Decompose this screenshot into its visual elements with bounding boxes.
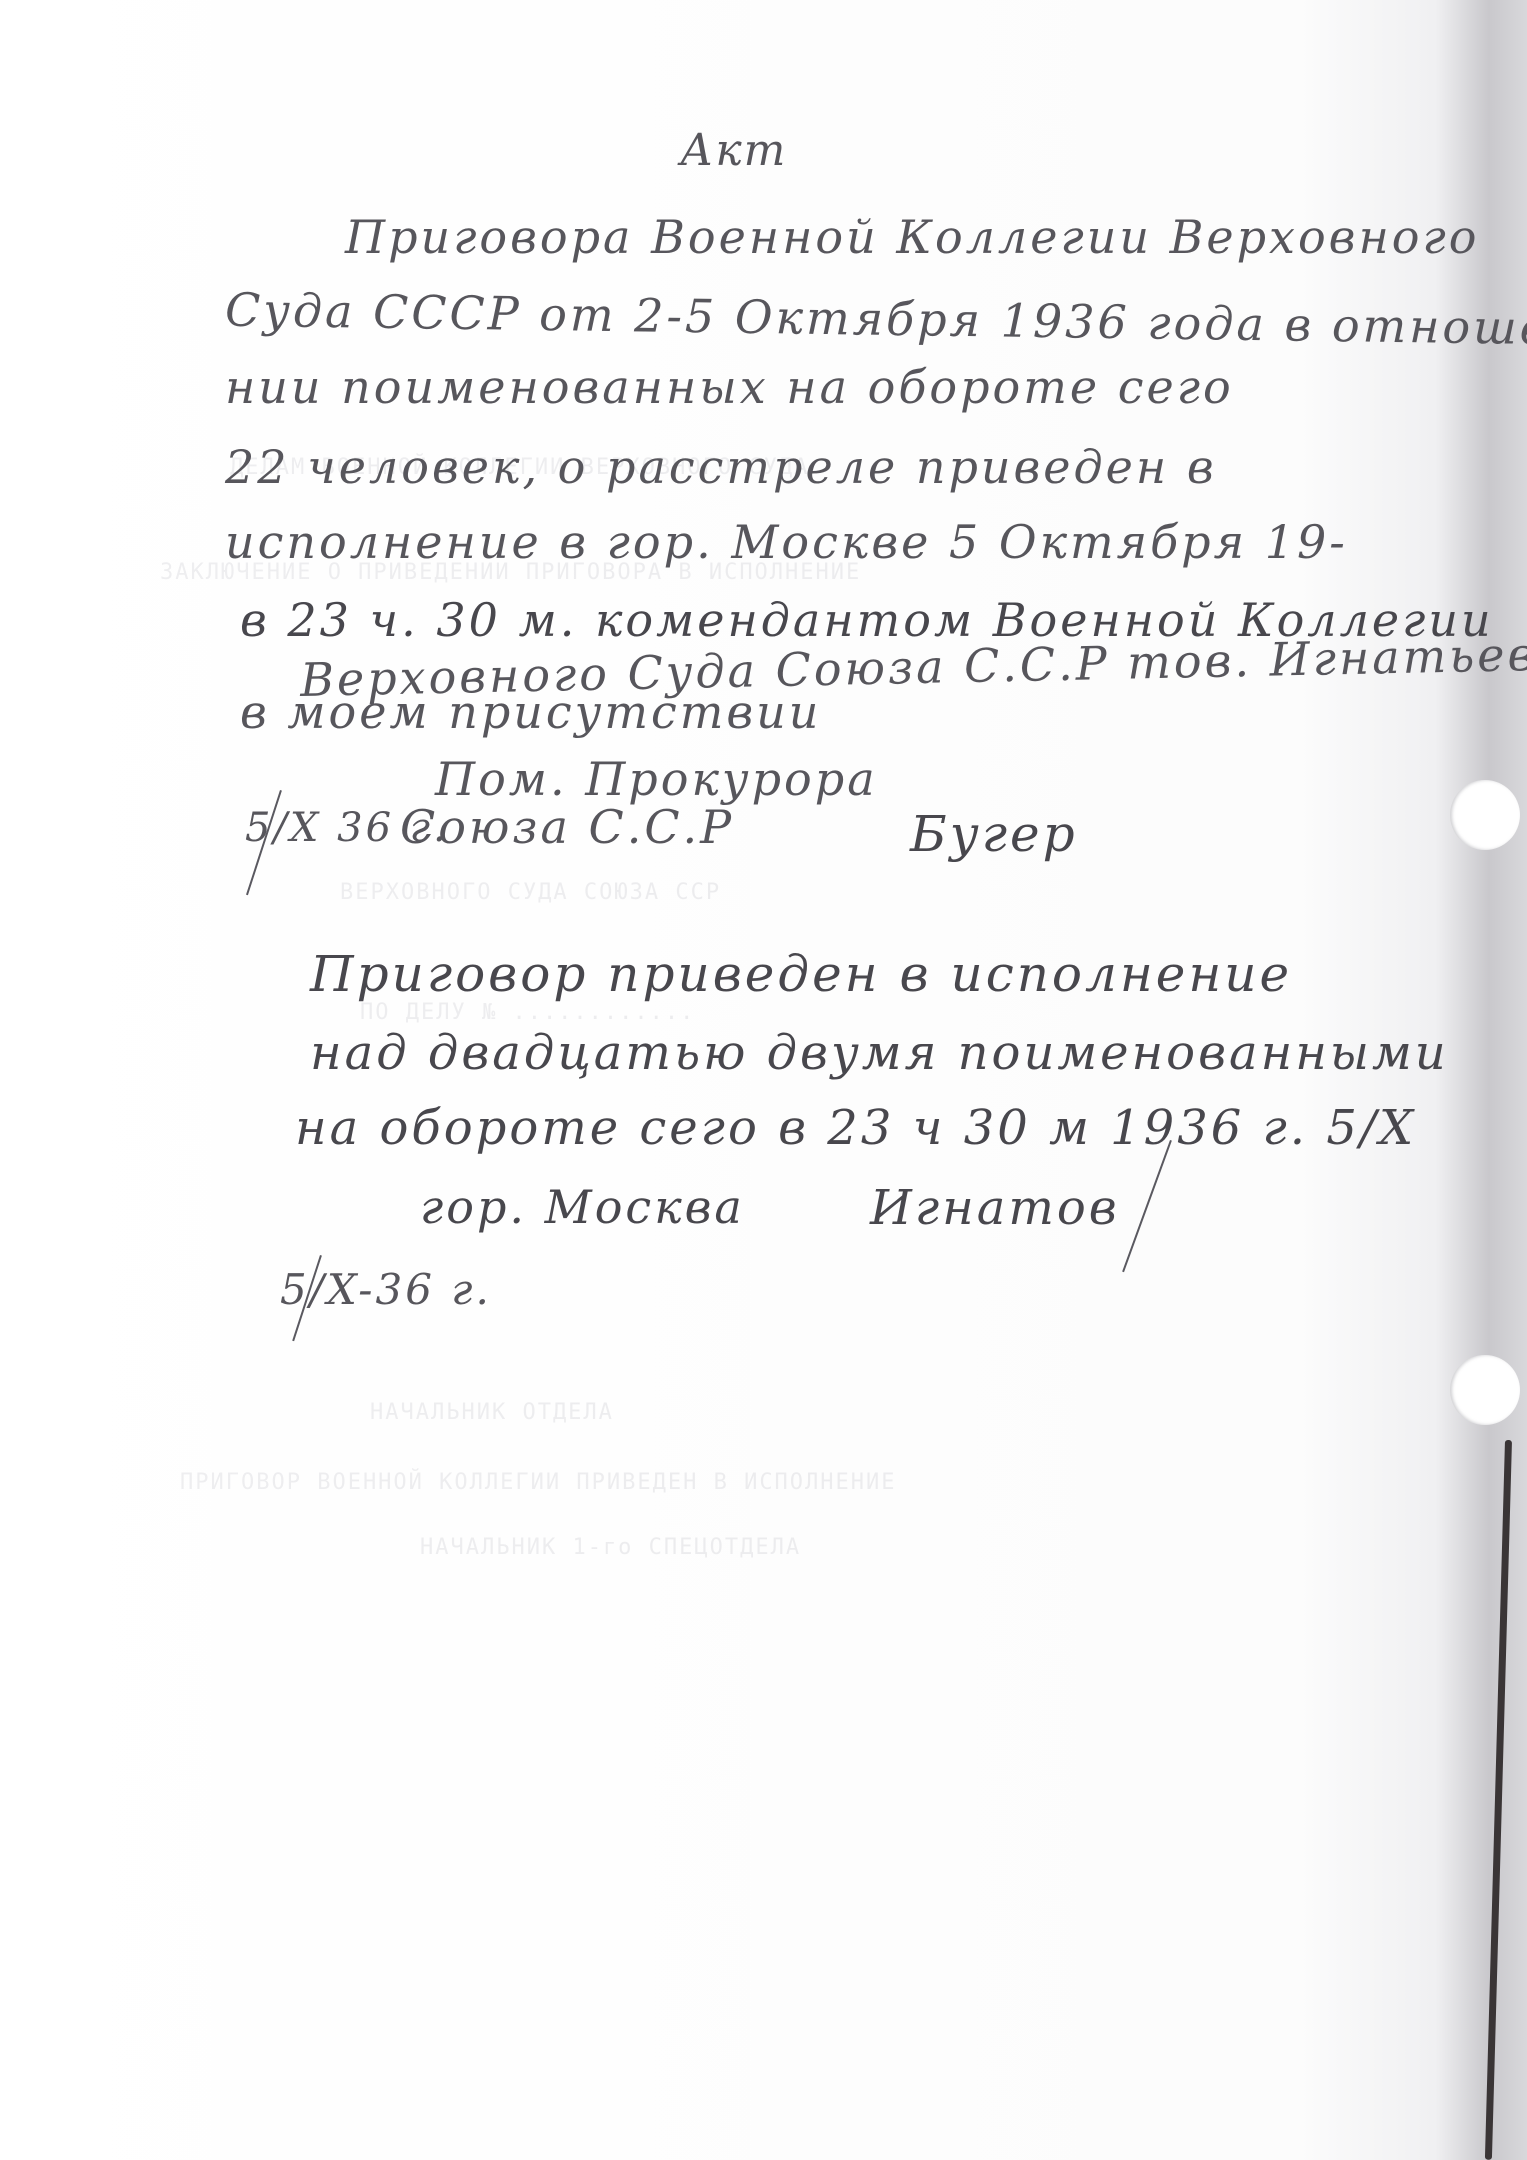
body-line: исполнение в гор. Москве 5 Октября 19- xyxy=(225,515,1348,569)
execution-line: Приговор приведен в исполнение xyxy=(310,945,1292,1003)
body-line: 22 человек, о расстреле приведен в xyxy=(225,440,1217,494)
punch-hole xyxy=(1450,1355,1520,1425)
executor-signature: Игнатов xyxy=(870,1180,1120,1236)
show-through-text: НАЧАЛЬНИК ОТДЕЛА xyxy=(370,1400,614,1425)
document-title: Акт xyxy=(680,125,787,176)
show-through-text: ПО ДЕЛУ № ............ xyxy=(360,1000,695,1025)
show-through-text: НАЧАЛЬНИК 1-го СПЕЦОТДЕЛА xyxy=(420,1535,801,1560)
body-line: Приговора Военной Коллегии Верховного xyxy=(345,210,1479,264)
show-through-text: ПРИГОВОР ВОЕННОЙ КОЛЛЕГИИ ПРИВЕДЕН В ИСП… xyxy=(180,1470,897,1495)
prosecutor-role: Пом. Прокурора xyxy=(435,752,878,806)
execution-line: над двадцатью двумя поименованными xyxy=(310,1025,1449,1081)
prosecutor-org: Союза С.С.Р xyxy=(400,800,734,854)
show-through-text: ВЕРХОВНОГО СУДА СОЮЗА ССР xyxy=(340,880,721,905)
execution-date: 5/X-36 г. xyxy=(280,1265,492,1314)
execution-line: на обороте сего в 23 ч 30 м 1936 г. 5/X xyxy=(295,1100,1416,1156)
body-line: в моем присутствии xyxy=(240,685,821,739)
punch-hole xyxy=(1450,780,1520,850)
prosecutor-signature: Бугер xyxy=(910,805,1078,863)
binding-edge-line xyxy=(1485,1440,1512,2160)
body-line: Суда СССР от 2-5 Октября 1936 года в отн… xyxy=(225,283,1527,356)
execution-place: гор. Москва xyxy=(420,1180,745,1234)
signature-stroke xyxy=(1122,1140,1172,1272)
scanned-page: ДЕЛАМ ВОЕННОЙ КОЛЛЕГИИ ВЕРХОВНОГО СУДА З… xyxy=(0,0,1527,2160)
body-line: нии поименованных на обороте сего xyxy=(225,360,1234,414)
